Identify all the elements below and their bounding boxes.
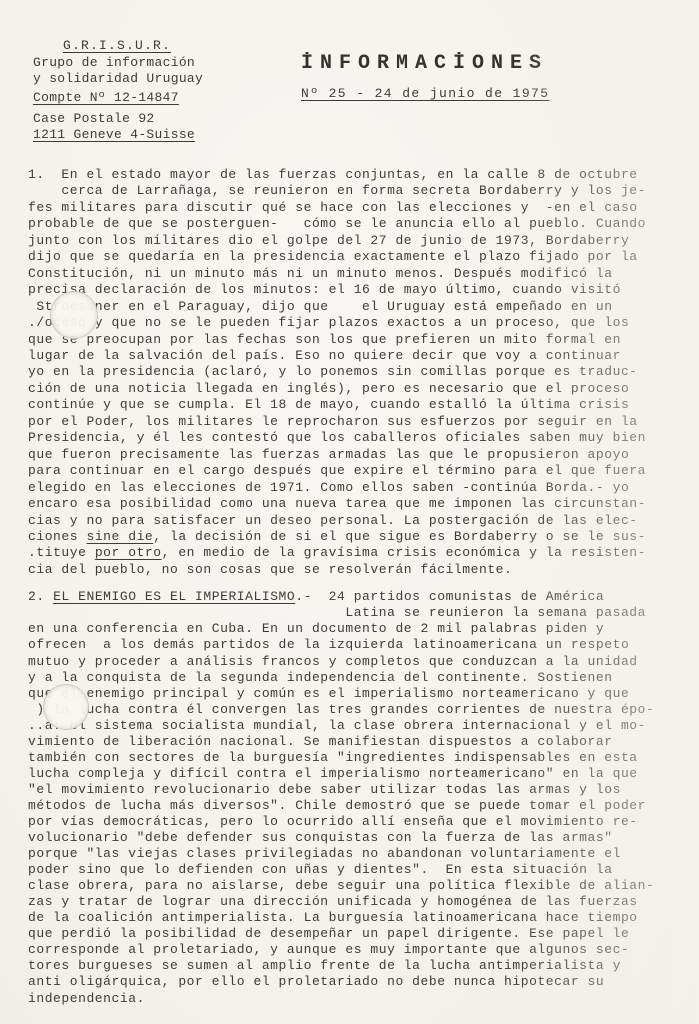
- text-line: en una conferencia en Cuba. En un docume…: [28, 621, 654, 637]
- hole-punch-top: [50, 291, 98, 339]
- text-line: anti oligárquica, por ello el proletaria…: [28, 974, 654, 990]
- text-line: Constitución, ni un minuto más ni un min…: [28, 266, 654, 282]
- text-line: poder sino que lo defienden con uñas y d…: [28, 862, 654, 878]
- text-line: precisa declaración de los minutos: el 1…: [28, 282, 654, 298]
- organization-name-line2: y solidaridad Uruguay: [33, 71, 203, 87]
- text-line: ción de una noticia llegada en inglés), …: [28, 381, 654, 397]
- text-line: volucionario "debe defender sus conquist…: [28, 830, 654, 846]
- hole-punch-bottom: [43, 684, 89, 730]
- text-line: que fueron precisamente las fuerzas arma…: [28, 447, 654, 463]
- text-line: ./oceso y que no se le pueden fijar plaz…: [28, 315, 654, 331]
- text-line: probable de que se posterguen- cómo se l…: [28, 216, 654, 232]
- newsletter-title: İNFORMACİONES: [301, 52, 548, 75]
- text-line: Stroessner en el Paraguay, dijo que el U…: [28, 299, 654, 315]
- paragraph-2: 2. EL ENEMIGO ES EL IMPERIALISMO.- 24 pa…: [28, 589, 654, 1006]
- text-line: fes militares para discutir qué se hace …: [28, 200, 654, 216]
- text-line: métodos de lucha más diversos". Chile de…: [28, 798, 654, 814]
- organization-block: G.R.I.S.U.R. Grupo de información y soli…: [33, 38, 203, 143]
- text-line: zas y tratar de lograr una dirección uni…: [28, 894, 654, 910]
- organization-acronym: G.R.I.S.U.R.: [63, 38, 203, 54]
- organization-account-number: Compte Nº 12-14847: [33, 90, 203, 106]
- text-line: corresponde al proletariado, y aunque es…: [28, 942, 654, 958]
- text-line: "el movimiento revolucionario debe saber…: [28, 782, 654, 798]
- text-line: vimiento de liberación nacional. Se mani…: [28, 734, 654, 750]
- scanned-document-page: G.R.I.S.U.R. Grupo de información y soli…: [0, 0, 699, 1024]
- text-line: cia del pueblo, no son cosas que se reso…: [28, 562, 654, 578]
- text-line: 2. EL ENEMIGO ES EL IMPERIALISMO.- 24 pa…: [28, 589, 654, 605]
- text-line: lugar de la salvación del país. Eso no q…: [28, 348, 654, 364]
- newsletter-issue-date: Nº 25 - 24 de junio de 1975: [301, 86, 549, 101]
- text-line: yo en la presidencia (aclaró, y lo ponem…: [28, 364, 654, 380]
- text-line: porque "las viejas clases privilegiadas …: [28, 846, 654, 862]
- text-line: 1. En el estado mayor de las fuerzas con…: [28, 167, 654, 183]
- text-line: .tituye por otro, en medio de la gravísi…: [28, 545, 654, 561]
- paragraph-1: 1. En el estado mayor de las fuerzas con…: [28, 167, 654, 578]
- document-body: 1. En el estado mayor de las fuerzas con…: [28, 167, 654, 1007]
- text-line: junto con los militares dio el golpe del…: [28, 233, 654, 249]
- text-line: Presidencia, y él les contestó que los c…: [28, 430, 654, 446]
- text-line: Latina se reunieron la semana pasada: [28, 605, 654, 621]
- text-line: elegido en las elecciones de 1971. Como …: [28, 480, 654, 496]
- text-line: cerca de Larrañaga, se reunieron en form…: [28, 183, 654, 199]
- text-line: también con sectores de la burguesía "in…: [28, 750, 654, 766]
- text-line: tores burgueses se sumen al amplio frent…: [28, 958, 654, 974]
- text-line: por vías democráticas, pero lo ocurrido …: [28, 814, 654, 830]
- organization-address-line2: 1211 Geneve 4-Suisse: [33, 127, 203, 143]
- text-line: encaro esa posibilidad como una nueva ta…: [28, 496, 654, 512]
- text-line: clase obrera, para no aislarse, debe seg…: [28, 878, 654, 894]
- text-line: ) la lucha contra él convergen las tres …: [28, 702, 654, 718]
- text-line: que se preocupan por las fechas son los …: [28, 332, 654, 348]
- organization-name-line1: Grupo de información: [33, 55, 203, 71]
- text-line: y a la conquista de la segunda independe…: [28, 670, 654, 686]
- text-line: que el enemigo principal y común es el i…: [28, 686, 654, 702]
- text-line: por el Poder, los militares le reprochar…: [28, 414, 654, 430]
- text-line: para continuar en el cargo después que e…: [28, 463, 654, 479]
- text-line: ciones sine die, la decisión de si el qu…: [28, 529, 654, 545]
- text-line: ..a: el sistema socialista mundial, la c…: [28, 718, 654, 734]
- text-line: lucha compleja y difícil contra el imper…: [28, 766, 654, 782]
- text-line: cias y no para satisfacer un deseo perso…: [28, 513, 654, 529]
- text-line: de la coalición antimperialista. La burg…: [28, 910, 654, 926]
- text-line: mutuo y proceder a análisis francos y co…: [28, 654, 654, 670]
- text-line: que perdió la posibilidad de desempeñar …: [28, 926, 654, 942]
- text-line: independencia.: [28, 991, 654, 1007]
- text-line: ofrecen a los demás partidos de la izqui…: [28, 637, 654, 653]
- text-line: continúe y que se cumpla. El 18 de mayo,…: [28, 397, 654, 413]
- text-line: dijo que se quedaría en la presidencia e…: [28, 249, 654, 265]
- organization-address-line1: Case Postale 92: [33, 111, 203, 127]
